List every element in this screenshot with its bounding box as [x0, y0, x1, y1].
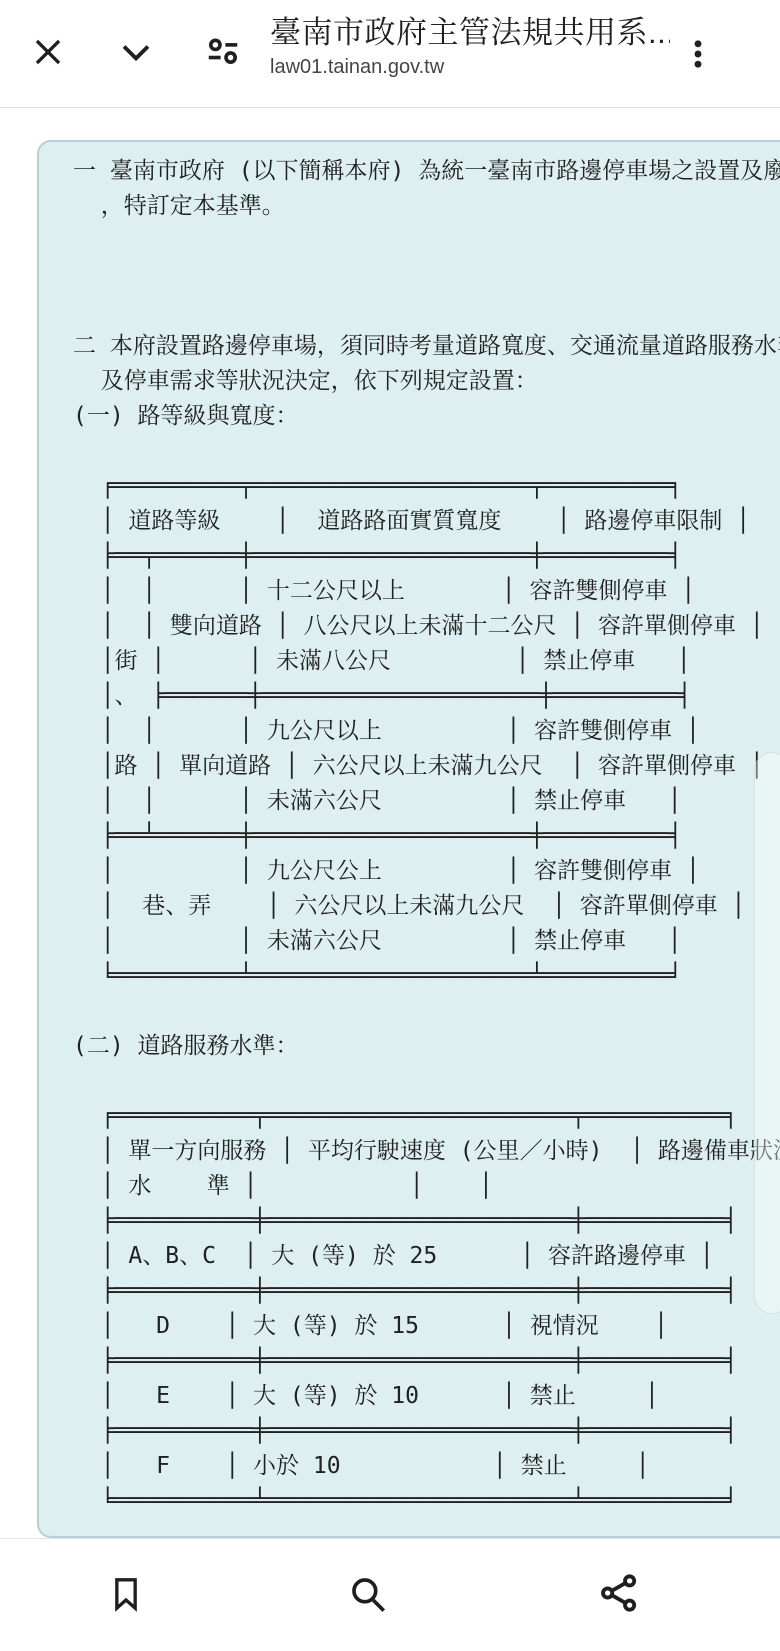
site-info[interactable]: 臺南市政府主管法規共用系... law01.tainan.gov.tw [270, 14, 670, 80]
share-button[interactable] [596, 1570, 642, 1616]
page-title: 臺南市政府主管法規共用系... [270, 14, 670, 52]
bookmark-icon [106, 1573, 146, 1615]
page-content-panel: 一 臺南市政府 (以下簡稱本府) 為統一臺南市路邊停車場之設置及廢止 ，特訂定本… [37, 140, 780, 1538]
tune-icon [204, 33, 242, 71]
browser-bottom-bar [0, 1538, 780, 1651]
law-text: 一 臺南市政府 (以下簡稱本府) 為統一臺南市路邊停車場之設置及廢止 ，特訂定本… [39, 142, 780, 1519]
find-in-page-button[interactable] [346, 1572, 390, 1616]
bookmark-button[interactable] [104, 1572, 148, 1616]
chevron-down-icon [111, 30, 161, 74]
tune-button[interactable] [203, 32, 243, 72]
browser-window: { "header": { "title": "臺南市政府主管法規共用系..."… [0, 0, 780, 1651]
close-icon [29, 33, 67, 71]
close-button[interactable] [28, 32, 68, 72]
browser-top-bar: 臺南市政府主管法規共用系... law01.tainan.gov.tw [0, 0, 780, 108]
kebab-menu-icon [680, 31, 716, 77]
collapse-button[interactable] [110, 30, 162, 74]
search-icon [347, 1573, 389, 1615]
page-url: law01.tainan.gov.tw [270, 54, 670, 80]
scrollbar-thumb[interactable] [754, 752, 780, 1314]
share-icon [597, 1571, 641, 1615]
more-menu-button[interactable] [678, 30, 718, 78]
